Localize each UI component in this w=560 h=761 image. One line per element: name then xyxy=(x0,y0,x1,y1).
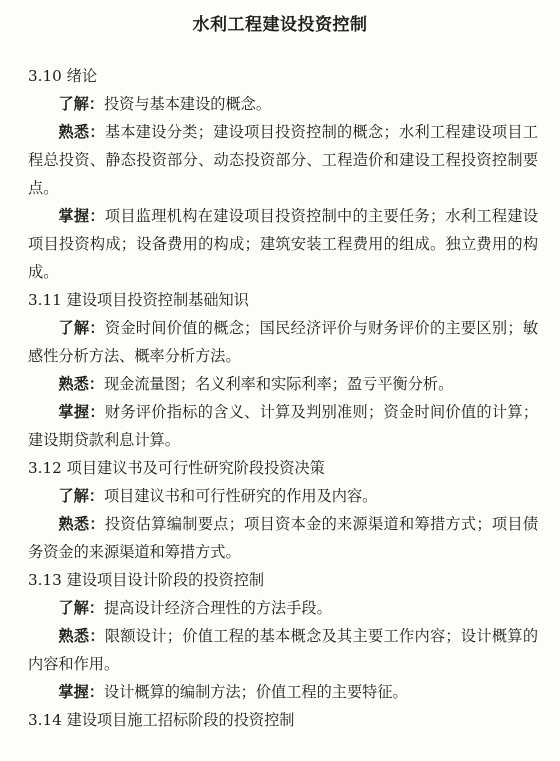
level-label: 熟悉： xyxy=(58,123,104,141)
level-label: 掌握： xyxy=(58,207,104,225)
paragraph-familiar: 熟悉：现金流量图；名义利率和实际利率；盈亏平衡分析。 xyxy=(28,370,538,398)
level-label: 了解： xyxy=(58,319,104,337)
paragraph-text: 资金时间价值的概念；国民经济评价与财务评价的主要区别；敏感性分析方法、概率分析方… xyxy=(28,319,538,365)
section-heading-3-10: 3.10 绪论 xyxy=(28,62,538,90)
level-label: 掌握： xyxy=(58,403,104,421)
paragraph-text: 项目建议书和可行性研究的作用及内容。 xyxy=(104,487,377,505)
paragraph-familiar: 熟悉：投资估算编制要点；项目资本金的来源渠道和筹措方式；项目债务资金的来源渠道和… xyxy=(28,510,538,566)
paragraph-text: 限额设计；价值工程的基本概念及其主要工作内容；设计概算的内容和作用。 xyxy=(28,627,538,673)
paragraph-understand: 了解：资金时间价值的概念；国民经济评价与财务评价的主要区别；敏感性分析方法、概率… xyxy=(28,314,538,370)
paragraph-understand: 了解：项目建议书和可行性研究的作用及内容。 xyxy=(28,482,538,510)
paragraph-text: 投资与基本建设的概念。 xyxy=(104,95,271,113)
paragraph-familiar: 熟悉：基本建设分类；建设项目投资控制的概念；水利工程建设项目工程总投资、静态投资… xyxy=(28,118,538,202)
document-body: 3.10 绪论 了解：投资与基本建设的概念。 熟悉：基本建设分类；建设项目投资控… xyxy=(28,62,538,734)
level-label: 了解： xyxy=(58,95,104,113)
section-heading-3-12: 3.12 项目建议书及可行性研究阶段投资决策 xyxy=(28,454,538,482)
paragraph-familiar: 熟悉：限额设计；价值工程的基本概念及其主要工作内容；设计概算的内容和作用。 xyxy=(28,622,538,678)
level-label: 熟悉： xyxy=(58,515,104,533)
paragraph-text: 投资估算编制要点；项目资本金的来源渠道和筹措方式；项目债务资金的来源渠道和筹措方… xyxy=(28,515,538,561)
paragraph-understand: 了解：提高设计经济合理性的方法手段。 xyxy=(28,594,538,622)
level-label: 掌握： xyxy=(58,683,104,701)
section-heading-3-14: 3.14 建设项目施工招标阶段的投资控制 xyxy=(28,706,538,734)
paragraph-master: 掌握：财务评价指标的含义、计算及判别准则；资金时间价值的计算；建设期贷款利息计算… xyxy=(28,398,538,454)
document-page: 水利工程建设投资控制 3.10 绪论 了解：投资与基本建设的概念。 熟悉：基本建… xyxy=(0,0,560,761)
paragraph-text: 设计概算的编制方法；价值工程的主要特征。 xyxy=(104,683,408,701)
paragraph-text: 提高设计经济合理性的方法手段。 xyxy=(104,599,332,617)
paragraph-master: 掌握：设计概算的编制方法；价值工程的主要特征。 xyxy=(28,678,538,706)
level-label: 了解： xyxy=(58,599,104,617)
paragraph-understand: 了解：投资与基本建设的概念。 xyxy=(28,90,538,118)
level-label: 熟悉： xyxy=(58,375,104,393)
paragraph-text: 财务评价指标的含义、计算及判别准则；资金时间价值的计算；建设期贷款利息计算。 xyxy=(28,403,538,449)
paragraph-text: 现金流量图；名义利率和实际利率；盈亏平衡分析。 xyxy=(104,375,453,393)
paragraph-text: 基本建设分类；建设项目投资控制的概念；水利工程建设项目工程总投资、静态投资部分、… xyxy=(28,123,538,197)
section-heading-3-11: 3.11 建设项目投资控制基础知识 xyxy=(28,286,538,314)
paragraph-master: 掌握：项目监理机构在建设项目投资控制中的主要任务；水利工程建设项目投资构成；设备… xyxy=(28,202,538,286)
page-title: 水利工程建设投资控制 xyxy=(0,10,560,35)
level-label: 了解： xyxy=(58,487,104,505)
paragraph-text: 项目监理机构在建设项目投资控制中的主要任务；水利工程建设项目投资构成；设备费用的… xyxy=(28,207,538,281)
level-label: 熟悉： xyxy=(58,627,104,645)
section-heading-3-13: 3.13 建设项目设计阶段的投资控制 xyxy=(28,566,538,594)
